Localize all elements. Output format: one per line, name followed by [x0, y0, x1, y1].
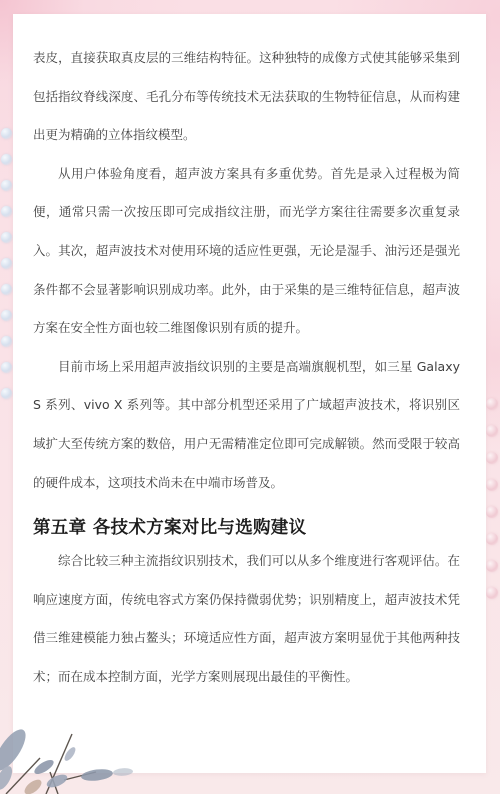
- document-page: 表皮，直接获取真皮层的三维结构特征。这种独特的成像方式使其能够采集到包括指纹脊线…: [13, 14, 486, 773]
- paragraph: 目前市场上采用超声波指纹识别的主要是高端旗舰机型，如三星 Galaxy S 系列…: [33, 348, 460, 502]
- pearl-icon: [486, 479, 498, 491]
- pearl-icon: [486, 587, 498, 599]
- document-content: 表皮，直接获取真皮层的三维结构特征。这种独特的成像方式使其能够采集到包括指纹脊线…: [33, 39, 460, 697]
- pearl-icon: [1, 128, 12, 139]
- paragraph: 表皮，直接获取真皮层的三维结构特征。这种独特的成像方式使其能够采集到包括指纹脊线…: [33, 39, 460, 155]
- pearl-icon: [1, 388, 12, 399]
- pearl-icon: [1, 362, 12, 373]
- pearl-icon: [1, 154, 12, 165]
- pearl-icon: [1, 206, 12, 217]
- paragraph: 从用户体验角度看，超声波方案具有多重优势。首先是录入过程极为简便，通常只需一次按…: [33, 155, 460, 348]
- pearl-icon: [486, 533, 498, 545]
- pearl-icon: [1, 336, 12, 347]
- leaf-branch-decoration: [0, 714, 160, 794]
- pearl-icon: [486, 506, 498, 518]
- paragraph: 综合比较三种主流指纹识别技术，我们可以从多个维度进行客观评估。在响应速度方面，传…: [33, 542, 460, 696]
- pearl-icon: [486, 560, 498, 572]
- pearl-icon: [1, 284, 12, 295]
- pearl-icon: [1, 180, 12, 191]
- pearl-icon: [1, 310, 12, 321]
- pearl-icon: [1, 232, 12, 243]
- chapter-heading: 第五章 各技术方案对比与选购建议: [33, 514, 460, 542]
- pearl-icon: [486, 425, 498, 437]
- pearl-icon: [486, 452, 498, 464]
- pearl-icon: [486, 398, 498, 410]
- pearl-icon: [1, 258, 12, 269]
- decorative-background: 表皮，直接获取真皮层的三维结构特征。这种独特的成像方式使其能够采集到包括指纹脊线…: [0, 0, 500, 794]
